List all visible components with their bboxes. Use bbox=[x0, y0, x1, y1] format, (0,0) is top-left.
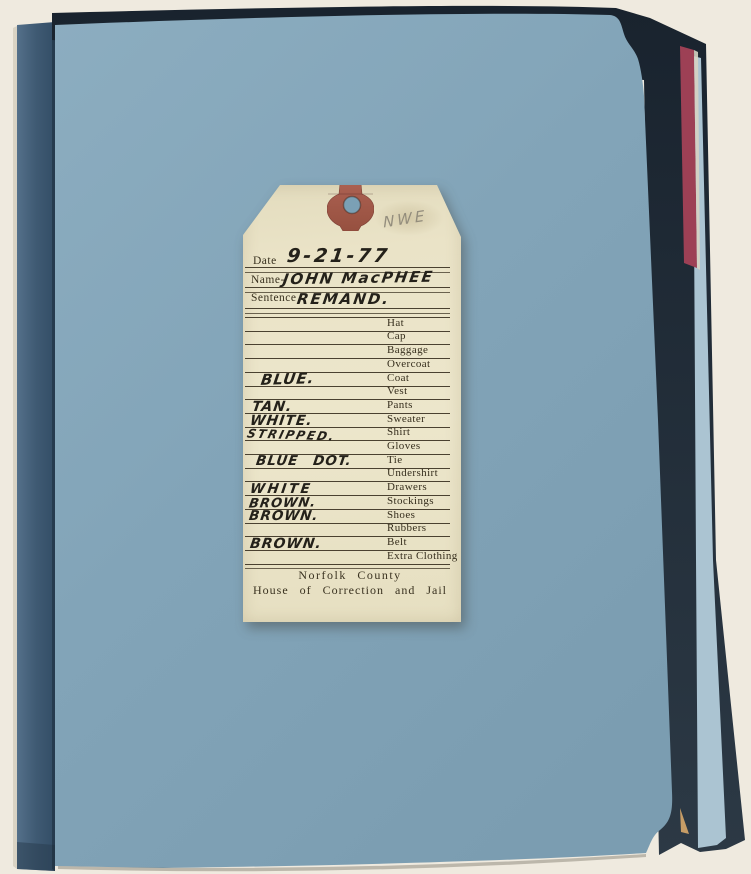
item-value: BLUE DOT. bbox=[255, 455, 353, 469]
inmate-clothing-tag: NWE Date 9-21-77 Name- JOHN MacPHEE Sent… bbox=[243, 185, 461, 622]
item-value: BROWN. bbox=[248, 510, 319, 524]
clothing-row: WHITE.Sweater bbox=[245, 414, 450, 428]
rule bbox=[245, 313, 450, 314]
item-label: Stockings bbox=[387, 496, 434, 507]
footer-line2: House of Correction and Jail bbox=[243, 584, 457, 596]
folder-spine bbox=[17, 22, 55, 871]
clothing-row: BROWN.Belt bbox=[245, 537, 450, 551]
rule bbox=[245, 287, 450, 288]
tag-paper: NWE Date 9-21-77 Name- JOHN MacPHEE Sent… bbox=[243, 185, 461, 622]
clothing-row: BLUE.Coat bbox=[245, 373, 450, 387]
item-label: Extra Clothing bbox=[387, 551, 458, 562]
field-label-name: Name- bbox=[251, 275, 285, 287]
item-label: Shoes bbox=[387, 510, 415, 521]
field-value-sentence: REMAND. bbox=[296, 292, 391, 307]
item-value: TAN. bbox=[251, 400, 293, 414]
item-label: Shirt bbox=[387, 427, 410, 438]
clothing-list: Hat Cap Baggage Overcoat BLUE.Coat Vest … bbox=[245, 317, 450, 565]
footer-line1: Norfolk County bbox=[243, 569, 457, 581]
item-label: Undershirt bbox=[387, 468, 438, 479]
tag-hole-reinforcement bbox=[327, 184, 374, 231]
item-label: Coat bbox=[387, 373, 409, 384]
item-label: Belt bbox=[387, 537, 407, 548]
field-value-date: 9-21-77 bbox=[286, 247, 392, 266]
field-value-name: JOHN MacPHEE bbox=[282, 270, 435, 288]
item-label: Gloves bbox=[387, 441, 421, 452]
field-label-date: Date bbox=[253, 256, 277, 268]
tag-footer: Norfolk County House of Correction and J… bbox=[243, 569, 457, 596]
item-label: Hat bbox=[387, 318, 404, 329]
clothing-row: TAN.Pants bbox=[245, 400, 450, 414]
item-label: Rubbers bbox=[387, 523, 426, 534]
clothing-row: Extra Clothing bbox=[245, 551, 450, 565]
field-label-sentence: Sentence bbox=[251, 293, 297, 305]
item-label: Tie bbox=[387, 455, 402, 466]
item-label: Vest bbox=[387, 386, 408, 397]
spine-bottom-shade bbox=[17, 842, 55, 871]
item-label: Overcoat bbox=[387, 359, 431, 370]
spine-seam bbox=[52, 22, 55, 871]
item-label: Sweater bbox=[387, 414, 425, 425]
item-label: Drawers bbox=[387, 482, 427, 493]
item-label: Pants bbox=[387, 400, 413, 411]
clothing-row: Hat bbox=[245, 318, 450, 332]
item-value: WHITE bbox=[249, 483, 313, 497]
item-value: WHITE. bbox=[249, 414, 314, 428]
item-value: BLUE. bbox=[260, 371, 316, 388]
tag-hole bbox=[344, 197, 361, 214]
item-label: Baggage bbox=[387, 345, 428, 356]
item-label: Cap bbox=[387, 331, 406, 342]
rule bbox=[245, 308, 450, 309]
spine-left-shadow bbox=[13, 26, 17, 869]
item-value: BROWN. bbox=[249, 537, 323, 551]
